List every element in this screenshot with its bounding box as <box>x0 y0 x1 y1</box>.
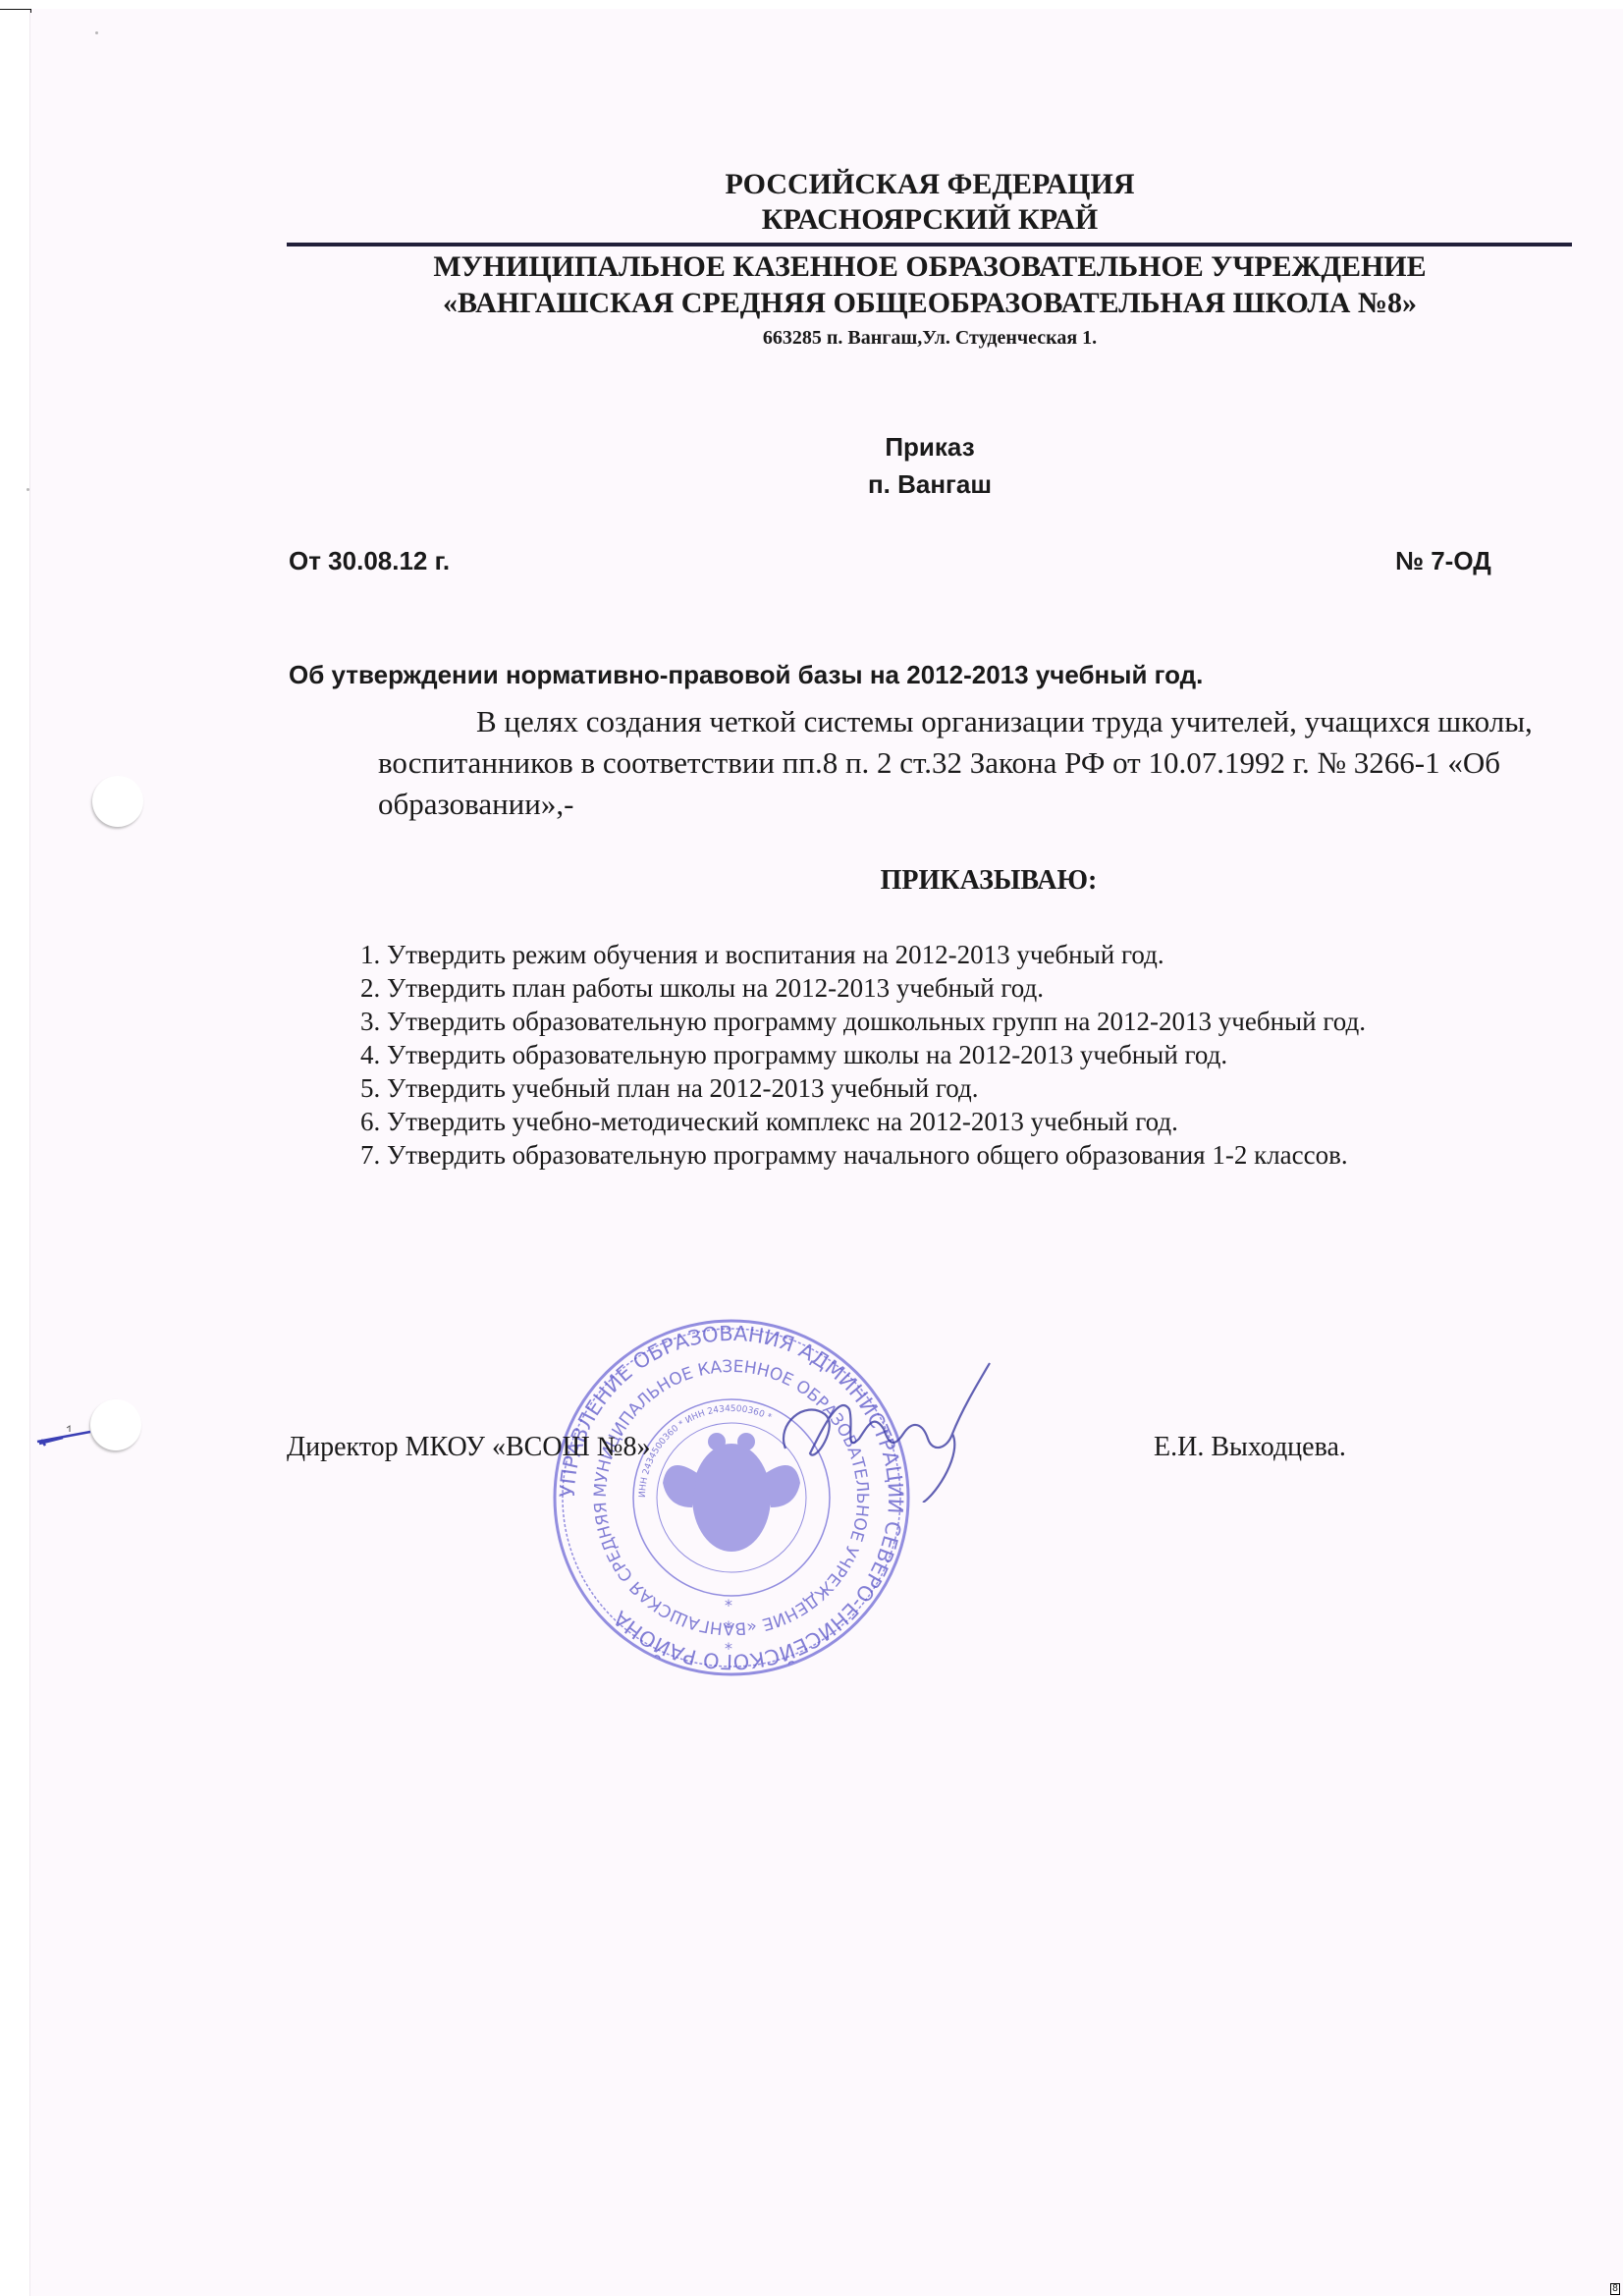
document-place: п. Вангаш <box>287 469 1573 499</box>
pen-mark <box>33 1424 102 1449</box>
header-institution-type: МУНИЦИПАЛЬНОЕ КАЗЕННОЕ ОБРАЗОВАТЕЛЬНОЕ У… <box>287 249 1573 285</box>
document-date: От 30.08.12 г. <box>289 546 450 575</box>
scan-corner-tag: 8 <box>1610 2283 1620 2295</box>
svg-text:*: * <box>725 1639 732 1658</box>
punch-hole <box>92 776 143 827</box>
scan-left-margin <box>0 10 30 2296</box>
header-country: РОССИЙСКАЯ ФЕДЕРАЦИЯ <box>287 167 1573 202</box>
order-item: Утвердить план работы школы на 2012-2013… <box>387 971 1604 1005</box>
director-signature <box>766 1355 1001 1503</box>
order-item: Утвердить учебно-методический комплекс н… <box>387 1105 1604 1138</box>
document-number: № 7-ОД <box>1395 546 1491 575</box>
svg-text:*: * <box>725 1617 732 1636</box>
order-item: Утвердить образовательную программу школ… <box>387 1038 1604 1071</box>
document-type: Приказ <box>287 432 1573 462</box>
scan-top-edge <box>0 0 1623 9</box>
order-heading: ПРИКАЗЫВАЮ: <box>287 864 1573 898</box>
signature-role: Директор МКОУ «ВСОШ №8» <box>287 1432 651 1463</box>
document-preamble: В целях создания четкой системы организа… <box>378 701 1556 825</box>
header-address: 663285 п. Вангаш,Ул. Студенческая 1. <box>287 326 1573 350</box>
header-divider <box>287 243 1572 246</box>
signature-name: Е.И. Выходцева. <box>1154 1432 1346 1463</box>
order-items-list: Утвердить режим обучения и воспитания на… <box>334 938 1604 1172</box>
scan-speck <box>95 31 98 34</box>
header-institution-name: «ВАНГАШСКАЯ СРЕДНЯЯ ОБЩЕОБРАЗОВАТЕЛЬНАЯ … <box>287 286 1573 321</box>
order-item: Утвердить режим обучения и воспитания на… <box>387 938 1604 971</box>
scan-speck <box>27 488 29 491</box>
order-item: Утвердить образовательную программу нача… <box>387 1138 1604 1172</box>
order-item: Утвердить учебный план на 2012-2013 учеб… <box>387 1071 1604 1105</box>
document-subject: Об утверждении нормативно-правовой базы … <box>289 659 1203 690</box>
svg-text:*: * <box>725 1596 732 1614</box>
order-item: Утвердить образовательную программу дошк… <box>387 1005 1604 1038</box>
header-region: КРАСНОЯРСКИЙ КРАЙ <box>287 202 1573 238</box>
preamble-text: В целях создания четкой системы организа… <box>378 704 1533 821</box>
